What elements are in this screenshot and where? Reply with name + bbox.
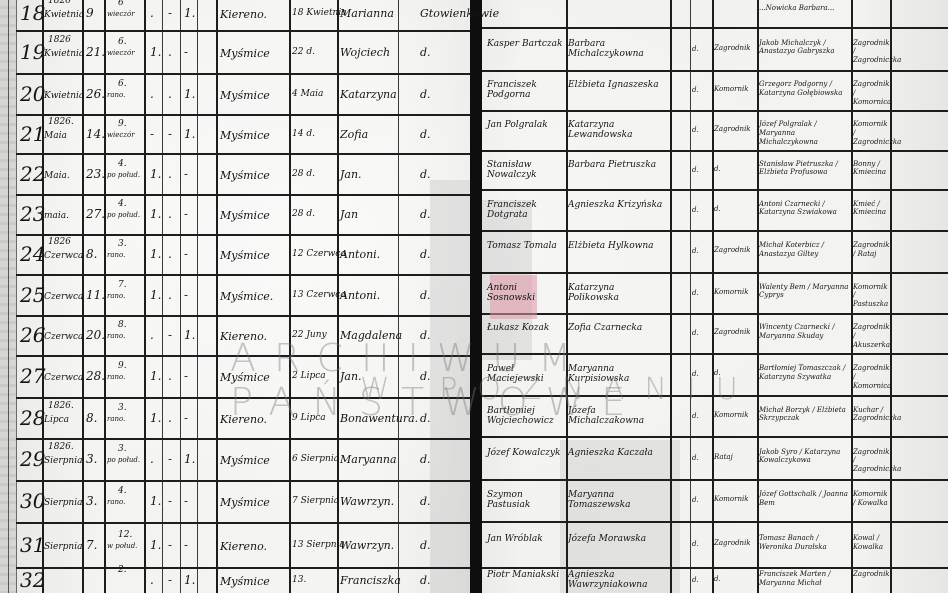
- entry-time-of-day: po połud.: [107, 212, 140, 219]
- entry-number: 32: [20, 570, 45, 590]
- entry-sex-mark: -: [184, 370, 188, 382]
- entry-number: 19: [20, 42, 45, 62]
- row-line: [482, 110, 948, 112]
- entry-godparents: Michał Koterbicz / Anastazya Giltey: [759, 241, 851, 259]
- grid-line: [289, 0, 291, 593]
- entry-godparents-occupation: Zagrodnik / Rataj: [853, 241, 891, 259]
- entry-godparent-status: d.: [420, 249, 431, 260]
- entry-time-of-day: rano.: [107, 374, 125, 381]
- entry-month: maia.: [44, 212, 69, 221]
- row-line: [16, 438, 470, 440]
- entry-year: 1826: [48, 238, 71, 247]
- entry-godparents-occupation: Zagrodnik / Komornica: [853, 364, 891, 390]
- entry-hour: 7.: [118, 281, 127, 290]
- entry-godparent-status: d.: [420, 330, 431, 341]
- entry-legit-mark: .: [150, 329, 154, 341]
- entry-hour: 6: [118, 0, 124, 8]
- entry-child-name: Maryanna: [340, 454, 397, 465]
- grid-line: [398, 0, 399, 593]
- row-line: [16, 114, 470, 116]
- entry-month: Sierpnia: [44, 543, 82, 552]
- entry-legit-mark: 1.: [150, 539, 161, 551]
- entry-day: 3.: [86, 495, 97, 507]
- entry-village: Myśmice.: [220, 291, 273, 302]
- entry-father: Tomasz Tomala: [487, 241, 565, 251]
- entry-number: 27: [20, 366, 45, 386]
- entry-godparents: Jakob Michalczyk / Anastazya Gabryszka: [759, 39, 851, 57]
- entry-baptism-date: 13 Sierpnia: [292, 541, 345, 550]
- entry-father-occupation: Zagrodnik: [714, 45, 751, 52]
- entry-village: Myśmice: [220, 130, 270, 141]
- entry-number: 23: [20, 204, 45, 224]
- entry-child-name: Franciszka: [340, 575, 401, 586]
- entry-sex-mark: 1.: [184, 128, 195, 140]
- entry-mother: Elżbieta Ignaszeska: [568, 80, 668, 90]
- entry-time-of-day: po połud.: [107, 172, 140, 179]
- entry-father-occupation: d.: [714, 576, 721, 583]
- entry-father: Kasper Bartczak: [487, 39, 565, 49]
- row-line: [482, 230, 948, 232]
- entry-godparents-occupation: Zagrodnik / Zagrodniczka: [853, 448, 891, 474]
- entry-day: 9: [86, 7, 94, 19]
- entry-godparents: Tomasz Banach / Weronika Durałska: [759, 534, 851, 552]
- entry-time-of-day: rano.: [107, 333, 125, 340]
- entry-village: Myśmice: [220, 48, 270, 59]
- entry-child-name: Marianna: [340, 8, 394, 19]
- entry-baptism-date: 18 Kwietnia: [292, 9, 347, 18]
- entry-godparent-status: d.: [420, 454, 431, 465]
- entry-godparents-occupation: Bonny / Kmiecina: [853, 160, 891, 178]
- entry-baptism-date: 13.: [292, 576, 306, 585]
- entry-sex-mark: -: [184, 412, 188, 424]
- entry-village: Myśmice: [220, 210, 270, 221]
- grid-line: [670, 0, 672, 593]
- entry-illegit-mark: .: [168, 412, 172, 424]
- grid-line: [180, 0, 181, 593]
- entry-legit-mark: 1.: [150, 412, 161, 424]
- entry-father: Bartłomiej Wojciechowicz: [487, 406, 565, 427]
- entry-sex-mark: 1.: [184, 574, 195, 586]
- entry-illegit-mark: -: [168, 7, 172, 19]
- entry-illegit-mark: -: [168, 574, 172, 586]
- row-line: [482, 272, 948, 274]
- entry-baptism-date: 12 Czerwca: [292, 250, 346, 259]
- entry-parents-note: d.: [692, 455, 699, 462]
- entry-time-of-day: rano.: [107, 293, 125, 300]
- entry-parents-note: d.: [692, 87, 699, 94]
- entry-sex-mark: 1.: [184, 7, 195, 19]
- entry-godparent-status: d.: [420, 169, 431, 180]
- entry-parents-note: d.: [692, 248, 699, 255]
- entry-legit-mark: -: [150, 128, 154, 140]
- entry-number: 31: [20, 535, 45, 555]
- entry-hour: 3.: [118, 445, 127, 454]
- row-line: [16, 153, 470, 155]
- entry-parents-note: d.: [692, 413, 699, 420]
- entry-father: Franciszek Dotgrata: [487, 200, 565, 221]
- entry-godparent-status: d.: [420, 540, 431, 551]
- entry-father-occupation: d.: [714, 370, 721, 377]
- book-spine-gutter: [470, 0, 482, 593]
- row-line: [16, 194, 470, 196]
- entry-illegit-mark: .: [168, 46, 172, 58]
- grid-line: [197, 0, 198, 593]
- entry-number: 18: [20, 3, 45, 23]
- entry-year: 1826.: [48, 118, 74, 127]
- entry-godparents: Michał Borzyk / Elżbieta Skrzypczak: [759, 406, 851, 424]
- entry-time-of-day: rano.: [107, 252, 125, 259]
- entry-godparent-status: Gtowienkowie: [420, 8, 499, 19]
- grid-line: [690, 0, 691, 593]
- entry-hour: 2.: [118, 566, 127, 575]
- entry-number: 20: [20, 84, 45, 104]
- entry-mother: Agnieszka Wawrzyniakowna: [568, 570, 668, 591]
- entry-father-occupation: Zagrodnik: [714, 540, 751, 547]
- entry-godparents-occupation: Kowal / Kowalka: [853, 534, 891, 552]
- entry-hour: 9.: [118, 362, 127, 371]
- entry-godparents: Franciszek Marten / Maryanna Michał: [759, 570, 851, 588]
- entry-godparent-status: d.: [420, 209, 431, 220]
- entry-parents-note: d.: [692, 167, 699, 174]
- entry-hour: 6.: [118, 80, 127, 89]
- entry-year: 1826.: [48, 443, 74, 452]
- entry-sex-mark: -: [184, 495, 188, 507]
- entry-legit-mark: .: [150, 453, 154, 465]
- entry-sex-mark: 1.: [184, 329, 195, 341]
- entry-father: Jan Polgralak: [487, 120, 565, 130]
- entry-time-of-day: rano.: [107, 416, 125, 423]
- entry-parents-note: d.: [692, 127, 699, 134]
- row-line: [16, 480, 470, 482]
- entry-hour: 6.: [118, 38, 127, 47]
- row-line: [16, 355, 470, 357]
- entry-legit-mark: .: [150, 88, 154, 100]
- entry-month: Sierpnia: [44, 457, 82, 466]
- entry-number: 22: [20, 164, 45, 184]
- entry-mother: Agnieszka Kaczała: [568, 448, 668, 458]
- row-line: [16, 274, 470, 276]
- entry-godparents: Walenty Bem / Maryanna Cyprys: [759, 283, 851, 301]
- entry-day: 11.: [86, 289, 105, 301]
- entry-time-of-day: w połud.: [107, 543, 137, 550]
- entry-godparents: Józef Gottschalk / Joanna Bem: [759, 490, 851, 508]
- entry-child-name: Bonawentura.: [340, 413, 418, 424]
- entry-father-occupation: d.: [714, 166, 721, 173]
- entry-time-of-day: rano.: [107, 92, 125, 99]
- entry-illegit-mark: .: [168, 370, 172, 382]
- entry-baptism-date: 22 Juny: [292, 331, 327, 340]
- entry-child-name: Katarzyna: [340, 89, 397, 100]
- entry-baptism-date: 14 d.: [292, 130, 315, 139]
- row-line: [482, 436, 948, 438]
- entry-number: 21: [20, 124, 45, 144]
- entry-sex-mark: -: [184, 248, 188, 260]
- entry-sex-mark: -: [184, 168, 188, 180]
- entry-mother: Maryanna Tomaszewska: [568, 490, 668, 511]
- entry-godparents-occupation: Zagrodnik / Komornica: [853, 80, 891, 106]
- entry-day: 8.: [86, 248, 97, 260]
- entry-month: Czerwca: [44, 333, 83, 342]
- entry-godparents: Stanisław Pietruszka / Elżbieta Profusow…: [759, 160, 851, 178]
- page-shadow-left: [430, 180, 470, 593]
- entry-godparent-status: d.: [420, 89, 431, 100]
- entry-village: Myśmice: [220, 250, 270, 261]
- entry-parents-note: d.: [692, 207, 699, 214]
- entry-mother: Katarzyna Polikowska: [568, 283, 668, 304]
- entry-godparents-occupation: Kmieć / Kmiecina: [853, 200, 891, 218]
- entry-village: Myśmice: [220, 170, 270, 181]
- entry-hour: 9.: [118, 120, 127, 129]
- entry-year: 1826.: [48, 402, 74, 411]
- entry-father: Antoni Sosnowski: [487, 283, 565, 304]
- entry-parents-note: d.: [692, 46, 699, 53]
- entry-parents-note: d.: [692, 371, 699, 378]
- entry-legit-mark: 1.: [150, 46, 161, 58]
- entry-day: 8.: [86, 412, 97, 424]
- entry-day: 27.: [86, 208, 105, 220]
- entry-legit-mark: 1.: [150, 289, 161, 301]
- entry-godparents: Antoni Czarnecki / Katarzyna Szwiakowa: [759, 200, 851, 218]
- entry-village: Kiereno.: [220, 331, 267, 342]
- entry-day: 14.: [86, 128, 105, 140]
- entry-father: Stanisław Nowalczyk: [487, 160, 565, 181]
- entry-godparents: Józef Polgralak / Maryanna Michalczykown…: [759, 120, 851, 146]
- entry-number: 28: [20, 408, 45, 428]
- entry-father-occupation: Rataj: [714, 454, 733, 461]
- entry-godparent-status: d.: [420, 47, 431, 58]
- entry-father: Paweł Maciejewski: [487, 364, 565, 385]
- row-line: [16, 567, 470, 569]
- row-line: [16, 397, 470, 399]
- entry-illegit-mark: .: [168, 88, 172, 100]
- grid-line: [216, 0, 218, 593]
- entry-baptism-date: 7 Sierpnia: [292, 497, 339, 506]
- entry-mother: Katarzyna Lewandowska: [568, 120, 668, 141]
- entry-month: Kwietnia: [44, 11, 84, 20]
- entry-hour: 4.: [118, 487, 127, 496]
- entry-child-name: Magdalena: [340, 330, 402, 341]
- entry-child-name: Wawrzyn.: [340, 496, 394, 507]
- entry-father-occupation: Zagrodnik: [714, 247, 751, 254]
- entry-sex-mark: -: [184, 46, 188, 58]
- entry-number: 25: [20, 285, 45, 305]
- entry-mother: Barbara Michalczykowna: [568, 39, 668, 60]
- entry-time-of-day: wieczór: [107, 11, 135, 18]
- entry-baptism-date: 4 Maia: [292, 90, 323, 99]
- entry-day: 26.: [86, 88, 105, 100]
- entry-number: 30: [20, 491, 45, 511]
- entry-father: Franciszek Podgorna: [487, 80, 565, 101]
- entry-sex-mark: 1.: [184, 453, 195, 465]
- entry-godparents: Wincenty Czarnecki / Maryanna Skuday: [759, 323, 851, 341]
- entry-sex-mark: -: [184, 208, 188, 220]
- entry-mother: Maryanna Kurpisiowska: [568, 364, 668, 385]
- entry-day: 7.: [86, 539, 97, 551]
- entry-time-of-day: rano.: [107, 499, 125, 506]
- entry-father-occupation: Komornik: [714, 289, 748, 296]
- entry-parents-note: d.: [692, 541, 699, 548]
- entry-number: 24: [20, 244, 45, 264]
- entry-godparents-occupation: Zagrodnik / Zagrodniczka: [853, 39, 891, 65]
- book-binding-edge: [0, 0, 17, 593]
- entry-day: 3.: [86, 453, 97, 465]
- entry-day: 20.: [86, 329, 105, 341]
- entry-godparents: Jakob Syro / Katarzyna Kowalczykowa: [759, 448, 851, 466]
- entry-father-occupation: d.: [714, 206, 721, 213]
- row-line: [482, 189, 948, 191]
- entry-child-name: Antoni.: [340, 249, 380, 260]
- entry-godparent-status: d.: [420, 371, 431, 382]
- entry-godparents-occupation: Komornik / Zagrodniczka: [853, 120, 891, 146]
- entry-godparent-status: d.: [420, 575, 431, 586]
- entry-baptism-date: 9 Lipca: [292, 414, 326, 423]
- entry-baptism-date: 22 d.: [292, 48, 315, 57]
- entry-day: 23.: [86, 168, 105, 180]
- entry-month: Kwietnia: [44, 50, 84, 59]
- entry-hour: 3.: [118, 240, 127, 249]
- entry-hour: 3.: [118, 404, 127, 413]
- grid-line: [162, 0, 163, 593]
- entry-number: 29: [20, 449, 45, 469]
- entry-godparent-status: d.: [420, 496, 431, 507]
- entry-month: Czerwca: [44, 374, 83, 383]
- entry-sex-mark: -: [184, 539, 188, 551]
- entry-father: Szymon Pastusiak: [487, 490, 565, 511]
- entry-baptism-date: 28 d.: [292, 210, 315, 219]
- entry-day: 21.: [86, 46, 105, 58]
- row-line: [482, 353, 948, 355]
- entry-legit-mark: 1.: [150, 248, 161, 260]
- entry-parents-note: d.: [692, 330, 699, 337]
- entry-legit-mark: 1.: [150, 208, 161, 220]
- entry-legit-mark: .: [150, 574, 154, 586]
- row-line: [16, 30, 470, 32]
- entry-father-occupation: Komornik: [714, 496, 748, 503]
- entry-child-name: Jan.: [340, 371, 362, 382]
- entry-month: Sierpnia: [44, 499, 82, 508]
- entry-father-occupation: Zagrodnik: [714, 126, 751, 133]
- entry-parents-note: d.: [692, 497, 699, 504]
- entry-godparents: Bartłomiej Tomaszczak / Katarzyna Szywat…: [759, 364, 851, 382]
- entry-legit-mark: .: [150, 7, 154, 19]
- row-line: [482, 150, 948, 152]
- entry-hour: 12.: [118, 531, 132, 540]
- entry-godparents: Grzegorz Podgorny / Katarzyna Gołębiowsk…: [759, 80, 851, 98]
- row-line: [16, 73, 470, 75]
- entry-hour: 8.: [118, 321, 127, 330]
- entry-number: 26: [20, 325, 45, 345]
- entry-legit-mark: 1.: [150, 495, 161, 507]
- row-line: [482, 567, 948, 569]
- entry-legit-mark: 1.: [150, 370, 161, 382]
- entry-illegit-mark: -: [168, 128, 172, 140]
- row-line: [16, 234, 470, 236]
- entry-father-occupation: Komornik: [714, 412, 748, 419]
- entry-baptism-date: 6 Sierpnia: [292, 455, 339, 464]
- entry-month: Maia.: [44, 172, 70, 181]
- entry-illegit-mark: -: [168, 453, 172, 465]
- entry-time-of-day: wieczór: [107, 50, 135, 57]
- entry-godparents: ...Nowicka Barbara...: [759, 4, 851, 13]
- entry-mother: Józefa Morawska: [568, 534, 668, 544]
- row-line: [482, 70, 948, 72]
- entry-godparents-occupation: Zagrodnik / Akuszerka: [853, 323, 891, 349]
- entry-village: Myśmice: [220, 497, 270, 508]
- row-line: [482, 521, 948, 523]
- entry-child-name: Jan: [340, 209, 358, 220]
- entry-godparents-occupation: Zagrodnik: [853, 570, 891, 579]
- entry-sex-mark: -: [184, 289, 188, 301]
- entry-father-occupation: Komornik: [714, 86, 748, 93]
- entry-legit-mark: 1.: [150, 168, 161, 180]
- entry-child-name: Zofia: [340, 129, 368, 140]
- entry-illegit-mark: -: [168, 539, 172, 551]
- register-page-scan: 181826Kwietnia96wieczór.-1.Kiereno.18 Kw…: [0, 0, 948, 593]
- entry-mother: Agnieszka Krizyńska: [568, 200, 668, 210]
- entry-village: Myśmice: [220, 90, 270, 101]
- entry-month: Kwietnia: [44, 92, 84, 101]
- entry-village: Myśmice: [220, 576, 270, 587]
- entry-godparents-occupation: Kuchar / Zagrodniczka: [853, 406, 891, 424]
- entry-day: 28.: [86, 370, 105, 382]
- entry-village: Myśmice: [220, 455, 270, 466]
- entry-father: Jan Wróblak: [487, 534, 565, 544]
- entry-illegit-mark: .: [168, 289, 172, 301]
- entry-hour: 4.: [118, 160, 127, 169]
- entry-mother: Zofia Czarnecka: [568, 323, 668, 333]
- entry-month: Czerwca: [44, 252, 83, 261]
- entry-child-name: Wawrzyn.: [340, 540, 394, 551]
- entry-year: 1826: [48, 36, 71, 45]
- row-line: [16, 315, 470, 317]
- entry-father: Józef Kowalczyk: [487, 448, 565, 458]
- entry-illegit-mark: .: [168, 168, 172, 180]
- entry-illegit-mark: .: [168, 208, 172, 220]
- entry-village: Kiereno.: [220, 9, 267, 20]
- entry-parents-note: d.: [692, 577, 699, 584]
- entry-baptism-date: 2 Lipca: [292, 372, 326, 381]
- entry-baptism-date: 13 Czerwca: [292, 291, 346, 300]
- entry-father: Łukasz Kozak: [487, 323, 565, 333]
- entry-month: Lipca: [44, 416, 69, 425]
- row-line: [482, 313, 948, 315]
- row-line: [482, 479, 948, 481]
- entry-illegit-mark: -: [168, 495, 172, 507]
- entry-baptism-date: 28 d.: [292, 170, 315, 179]
- row-line: [482, 395, 948, 397]
- entry-village: Kiereno.: [220, 414, 267, 425]
- entry-year: 1826: [48, 0, 71, 6]
- row-line: [482, 27, 948, 29]
- entry-month: Maia: [44, 132, 67, 141]
- entry-father: Piotr Maniakski: [487, 570, 565, 580]
- entry-illegit-mark: .: [168, 248, 172, 260]
- entry-mother: Barbara Pietruszka: [568, 160, 668, 170]
- entry-godparent-status: d.: [420, 413, 431, 424]
- entry-illegit-mark: -: [168, 329, 172, 341]
- entry-godparent-status: d.: [420, 290, 431, 301]
- entry-parents-note: d.: [692, 290, 699, 297]
- entry-month: Czerwca: [44, 293, 83, 302]
- entry-child-name: Wojciech: [340, 47, 390, 58]
- entry-godparent-status: d.: [420, 129, 431, 140]
- entry-time-of-day: po połud.: [107, 457, 140, 464]
- entry-time-of-day: wieczór: [107, 132, 135, 139]
- entry-father-occupation: Zagrodnik: [714, 329, 751, 336]
- entry-child-name: Jan.: [340, 169, 362, 180]
- entry-sex-mark: 1.: [184, 88, 195, 100]
- entry-mother: Józefa Michalczakowna: [568, 406, 668, 427]
